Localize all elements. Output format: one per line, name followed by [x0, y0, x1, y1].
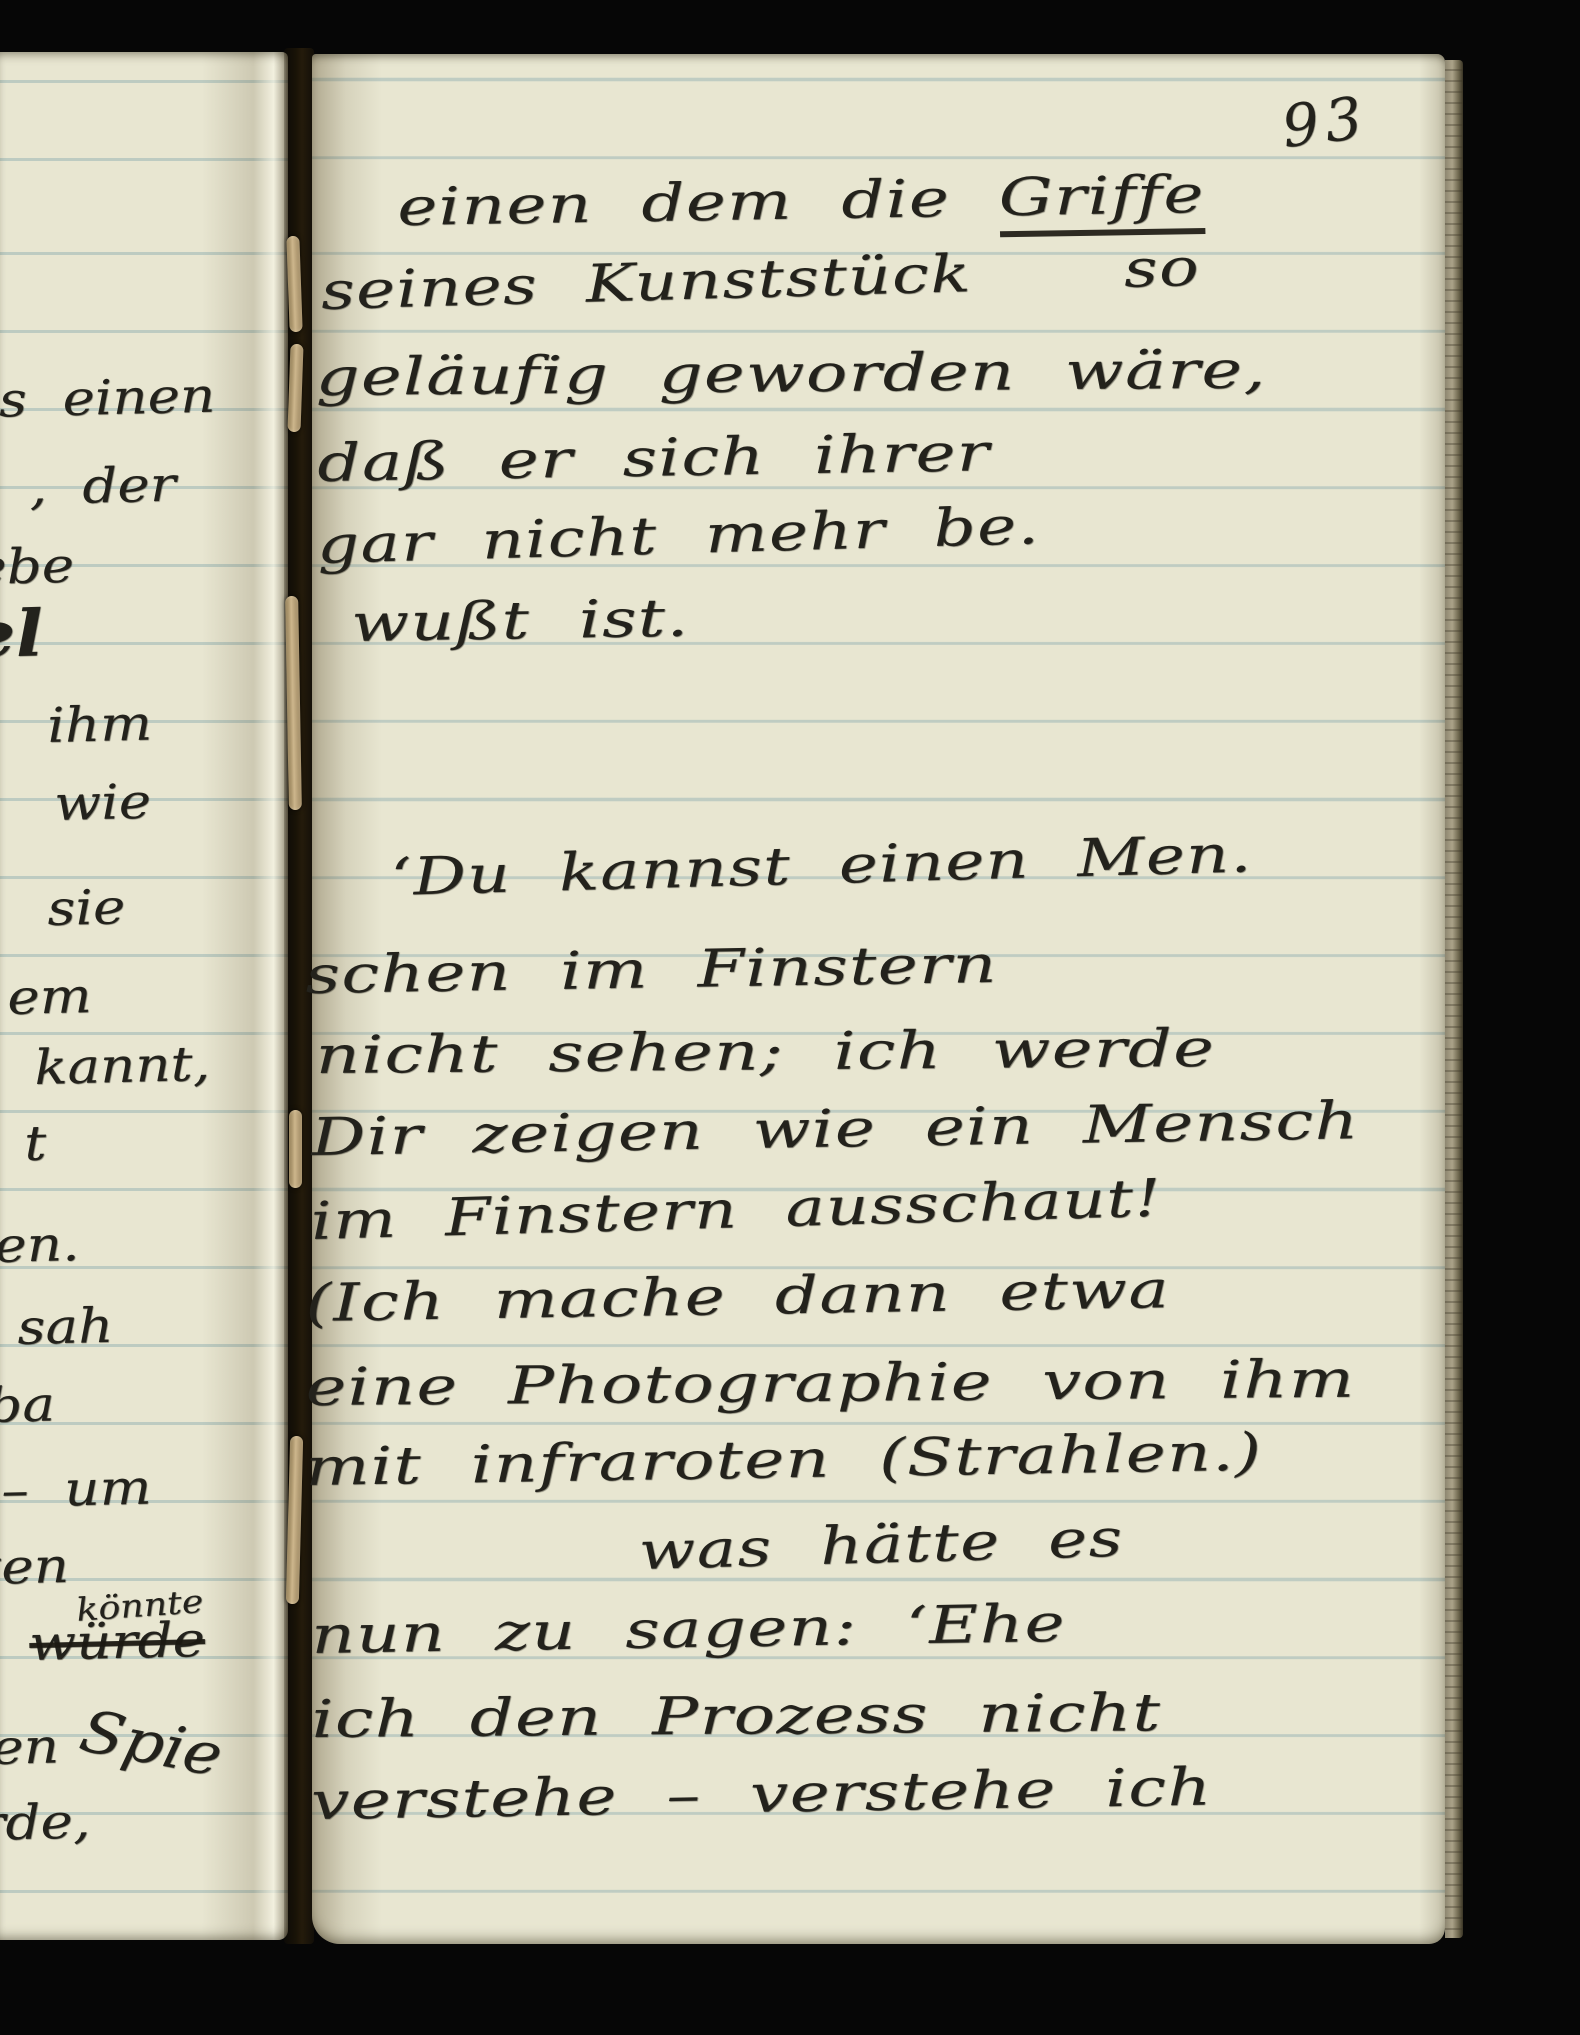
- handwritten-fragment: ten: [0, 1542, 70, 1592]
- line-text: so: [1122, 238, 1201, 300]
- line-text: einen dem die: [396, 169, 950, 238]
- handwritten-fragment: en: [0, 1722, 60, 1772]
- handwritten-fragment: ihm: [47, 700, 153, 750]
- binding-thread-stitch: [286, 236, 302, 332]
- handwritten-fragment: sah: [17, 1302, 114, 1352]
- handwritten-line: schen im Finstern: [305, 939, 998, 1002]
- handwritten-fragment: wie: [54, 778, 152, 828]
- binding-thread-stitch: [287, 344, 303, 432]
- handwritten-line: was hätte es: [638, 1513, 1125, 1578]
- handwritten-line: daß er sich ihrer: [317, 427, 991, 490]
- underlined-word: Griffe: [998, 165, 1206, 237]
- handwritten-line: einen dem die Griffe: [397, 169, 1206, 234]
- handwritten-line: geläufig geworden wäre,: [315, 344, 1267, 404]
- handwritten-line: mit infraroten (Strahlen.): [305, 1427, 1263, 1494]
- page-stack-edge: [1445, 60, 1463, 1938]
- handwritten-fragment: ba: [0, 1380, 56, 1430]
- left-page: is einen , der ebe el ihm wie sie em kan…: [0, 52, 288, 1940]
- handwritten-line: wußt ist.: [351, 593, 690, 650]
- handwritten-fragment: el: [0, 602, 44, 668]
- handwritten-fragment: kannt,: [34, 1040, 211, 1092]
- handwritten-fragment: Spie: [75, 1701, 228, 1785]
- binding-thread-stitch: [286, 1436, 303, 1604]
- binding-thread-stitch: [285, 596, 302, 810]
- inserted-word: könnte: [75, 1585, 205, 1626]
- handwritten-fragment: – um: [1, 1464, 153, 1515]
- handwritten-fragment: em: [7, 972, 93, 1022]
- handwritten-fragment: is einen: [0, 372, 216, 425]
- handwritten-fragment: rde,: [0, 1797, 91, 1848]
- handwritten-line: nicht sehen; ich werde: [315, 1023, 1215, 1082]
- handwritten-fragment: en.: [0, 1220, 80, 1270]
- handwritten-fragment: ebe: [0, 542, 75, 592]
- handwritten-fragment: t: [24, 1120, 47, 1168]
- handwritten-line: verstehe – verstehe ich: [311, 1761, 1213, 1828]
- binding-thread-stitch: [289, 1110, 302, 1188]
- handwritten-fragment: , der: [29, 461, 177, 512]
- handwritten-line: eine Photographie von ihm: [305, 1354, 1355, 1414]
- handwritten-line: (Ich mache dann etwa: [305, 1264, 1171, 1330]
- page-number: 93: [1278, 83, 1371, 161]
- notebook-photo: is einen , der ebe el ihm wie sie em kan…: [0, 0, 1580, 2035]
- handwritten-fragment: sie: [47, 883, 126, 933]
- handwritten-line: nun zu sagen: ‘Ehe: [311, 1598, 1067, 1662]
- handwritten-line: ich den Prozess nicht: [311, 1687, 1161, 1746]
- handwritten-fragment-correction: könnte würde: [28, 1588, 206, 1668]
